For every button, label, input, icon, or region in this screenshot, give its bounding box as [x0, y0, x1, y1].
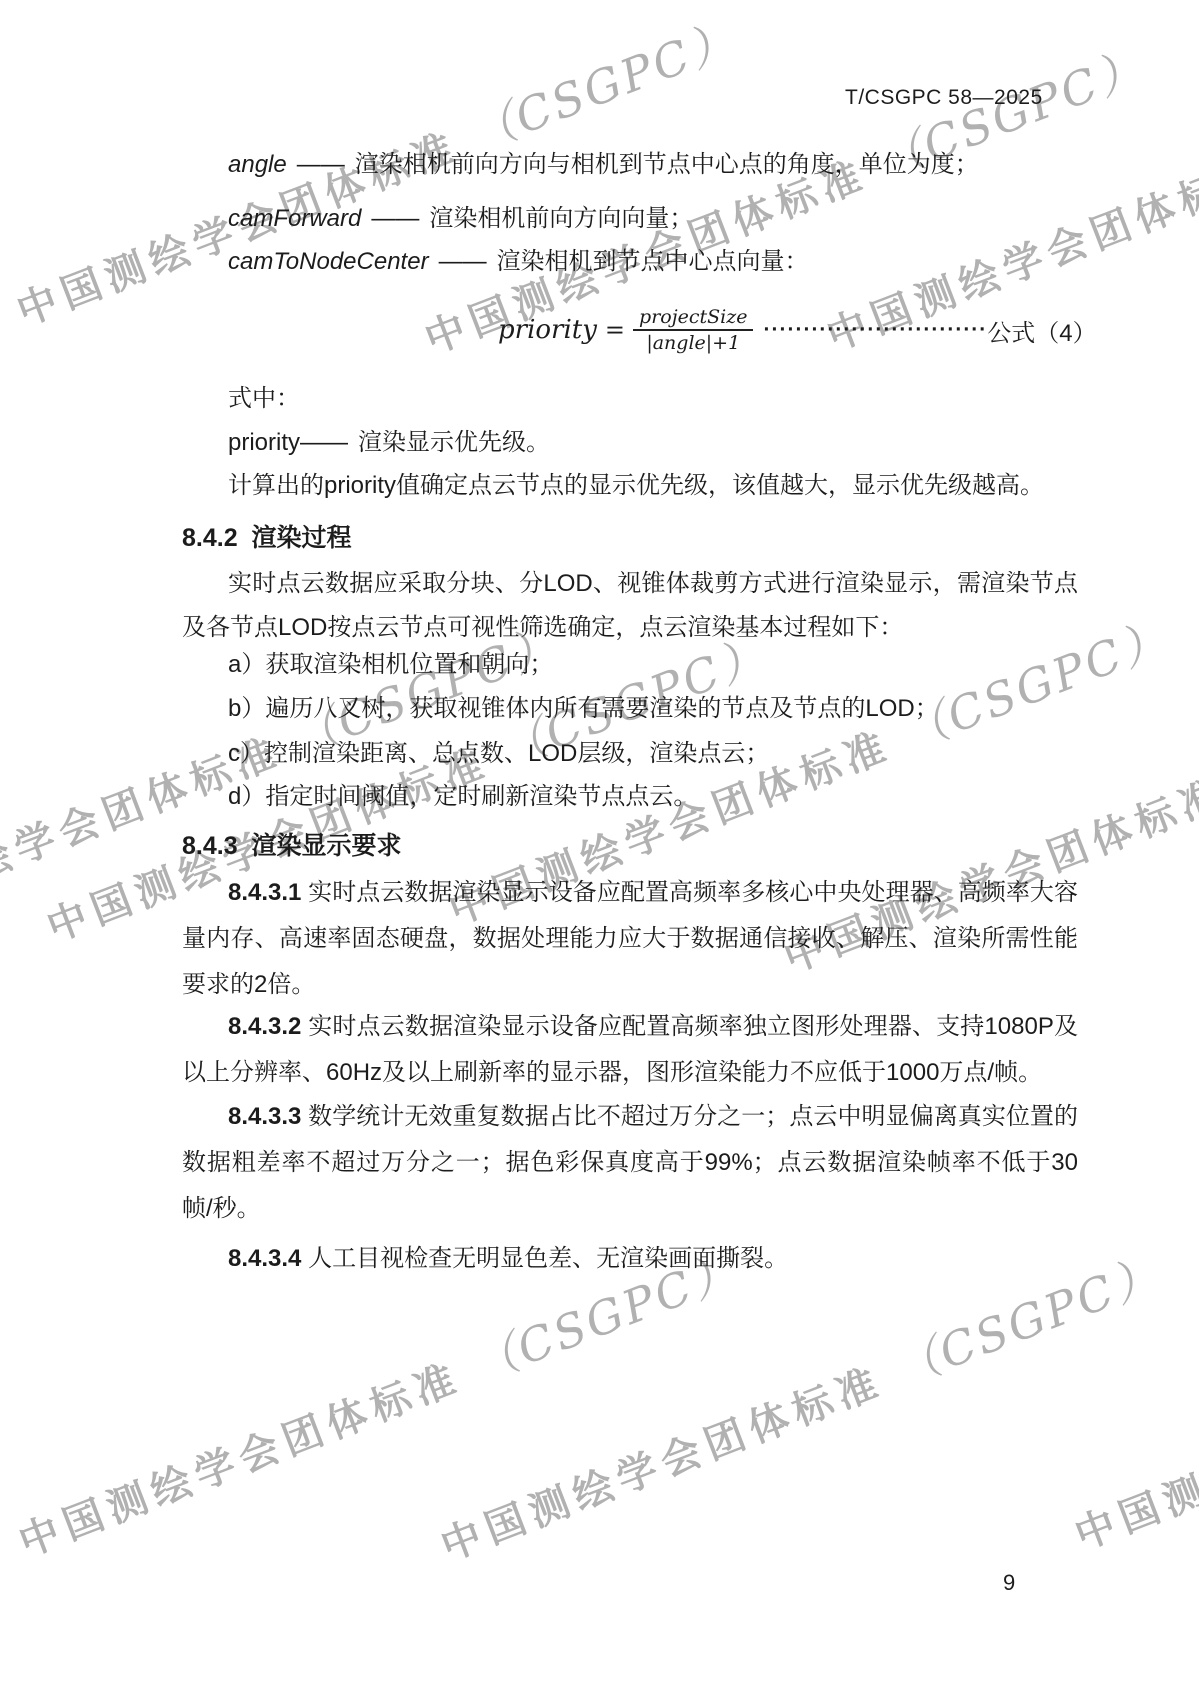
clause-number: 8.4.3.2 [228, 1013, 301, 1040]
section-8-4-3-heading: 8.4.3 渲染显示要求 [182, 826, 402, 862]
formula-equals: = [597, 316, 633, 344]
definition-term: camToNodeCenter [228, 248, 429, 275]
document-page: 中国测绘学会团体标准（CSGPC） 中国测绘学会团体标准（CSGPC） 中国测绘… [0, 0, 1199, 1696]
definition-camtonodecenter: camToNodeCenter——渲染相机到节点中心点向量： [228, 247, 809, 277]
where-dash: —— [300, 429, 358, 456]
clause-text: 实时点云数据渲染显示设备应配置高频率多核心中央处理器、高频率大容量内存、高速率固… [182, 879, 1078, 998]
list-item-a: a）获取渲染相机位置和朝向； [228, 650, 553, 680]
clause-number: 8.4.3.1 [228, 879, 301, 906]
section-title: 渲染过程 [252, 524, 352, 552]
section-title: 渲染显示要求 [252, 832, 402, 860]
definition-desc: 渲染相机前向方向向量； [429, 205, 693, 232]
definition-term: camForward [228, 205, 361, 232]
where-desc: 渲染显示优先级。 [358, 429, 550, 456]
section-8-4-2-paragraph: 实时点云数据应采取分块、分LOD、视锥体裁剪方式进行渲染显示，需渲染节点及各节点… [182, 562, 1078, 650]
page-number: 9 [1003, 1570, 1015, 1596]
document-code: T/CSGPC 58—2025 [845, 86, 1043, 110]
definition-dash: —— [361, 205, 429, 232]
formula-4: priority = projectSize |angle|+1 ·······… [498, 298, 1097, 362]
clause-8-4-3-2: 8.4.3.2 实时点云数据渲染显示设备应配置高频率独立图形处理器、支持1080… [182, 1004, 1078, 1096]
clause-number: 8.4.3.4 [228, 1245, 301, 1272]
formula-fraction: projectSize |angle|+1 [633, 305, 753, 355]
clause-8-4-3-3: 8.4.3.3 数学统计无效重复数据占比不超过万分之一；点云中明显偏离真实位置的… [182, 1094, 1078, 1232]
formula-denominator: |angle|+1 [633, 331, 753, 355]
definition-desc: 渲染相机到节点中心点向量： [497, 248, 809, 275]
list-item-b: b）遍历八叉树，获取视锥体内所有需要渲染的节点及节点的LOD； [228, 694, 939, 724]
section-number: 8.4.2 [182, 524, 238, 552]
definition-angle: angle——渲染相机前向方向与相机到节点中心点的角度，单位为度； [228, 150, 979, 180]
clause-number: 8.4.3.3 [228, 1103, 301, 1130]
definition-dash: —— [429, 248, 497, 275]
clause-text: 人工目视检查无明显色差、无渲染画面撕裂。 [301, 1245, 788, 1272]
formula-numerator: projectSize [633, 305, 753, 331]
definition-dash: —— [287, 151, 355, 178]
clause-8-4-3-1: 8.4.3.1 实时点云数据渲染显示设备应配置高频率多核心中央处理器、高频率大容… [182, 870, 1078, 1008]
list-item-c: c）控制渲染距离、总点数、LOD层级，渲染点云； [228, 739, 769, 769]
page-content: T/CSGPC 58—2025 angle——渲染相机前向方向与相机到节点中心点… [0, 0, 1199, 1696]
clause-8-4-3-4: 8.4.3.4 人工目视检查无明显色差、无渲染画面撕裂。 [182, 1236, 1078, 1282]
list-item-d: d）指定时间阈值，定时刷新渲染节点点云。 [228, 782, 697, 812]
where-note: 计算出的priority值确定点云节点的显示优先级，该值越大，显示优先级越高。 [228, 471, 1044, 501]
formula-label: 公式（4） [987, 313, 1096, 348]
formula-dot-leader: ···························· [763, 318, 987, 342]
section-number: 8.4.3 [182, 832, 238, 860]
where-term: priority [228, 429, 300, 456]
clause-text: 数学统计无效重复数据占比不超过万分之一；点云中明显偏离真实位置的数据粗差率不超过… [182, 1103, 1078, 1222]
where-priority: priority——渲染显示优先级。 [228, 428, 550, 458]
definition-term: angle [228, 151, 287, 178]
where-intro: 式中： [228, 384, 300, 414]
definition-desc: 渲染相机前向方向与相机到节点中心点的角度，单位为度； [355, 151, 979, 178]
clause-text: 实时点云数据渲染显示设备应配置高频率独立图形处理器、支持1080P及以上分辨率、… [182, 1013, 1078, 1086]
formula-lhs: priority [498, 315, 597, 345]
section-8-4-2-heading: 8.4.2 渲染过程 [182, 518, 352, 554]
definition-camforward: camForward——渲染相机前向方向向量； [228, 204, 693, 234]
